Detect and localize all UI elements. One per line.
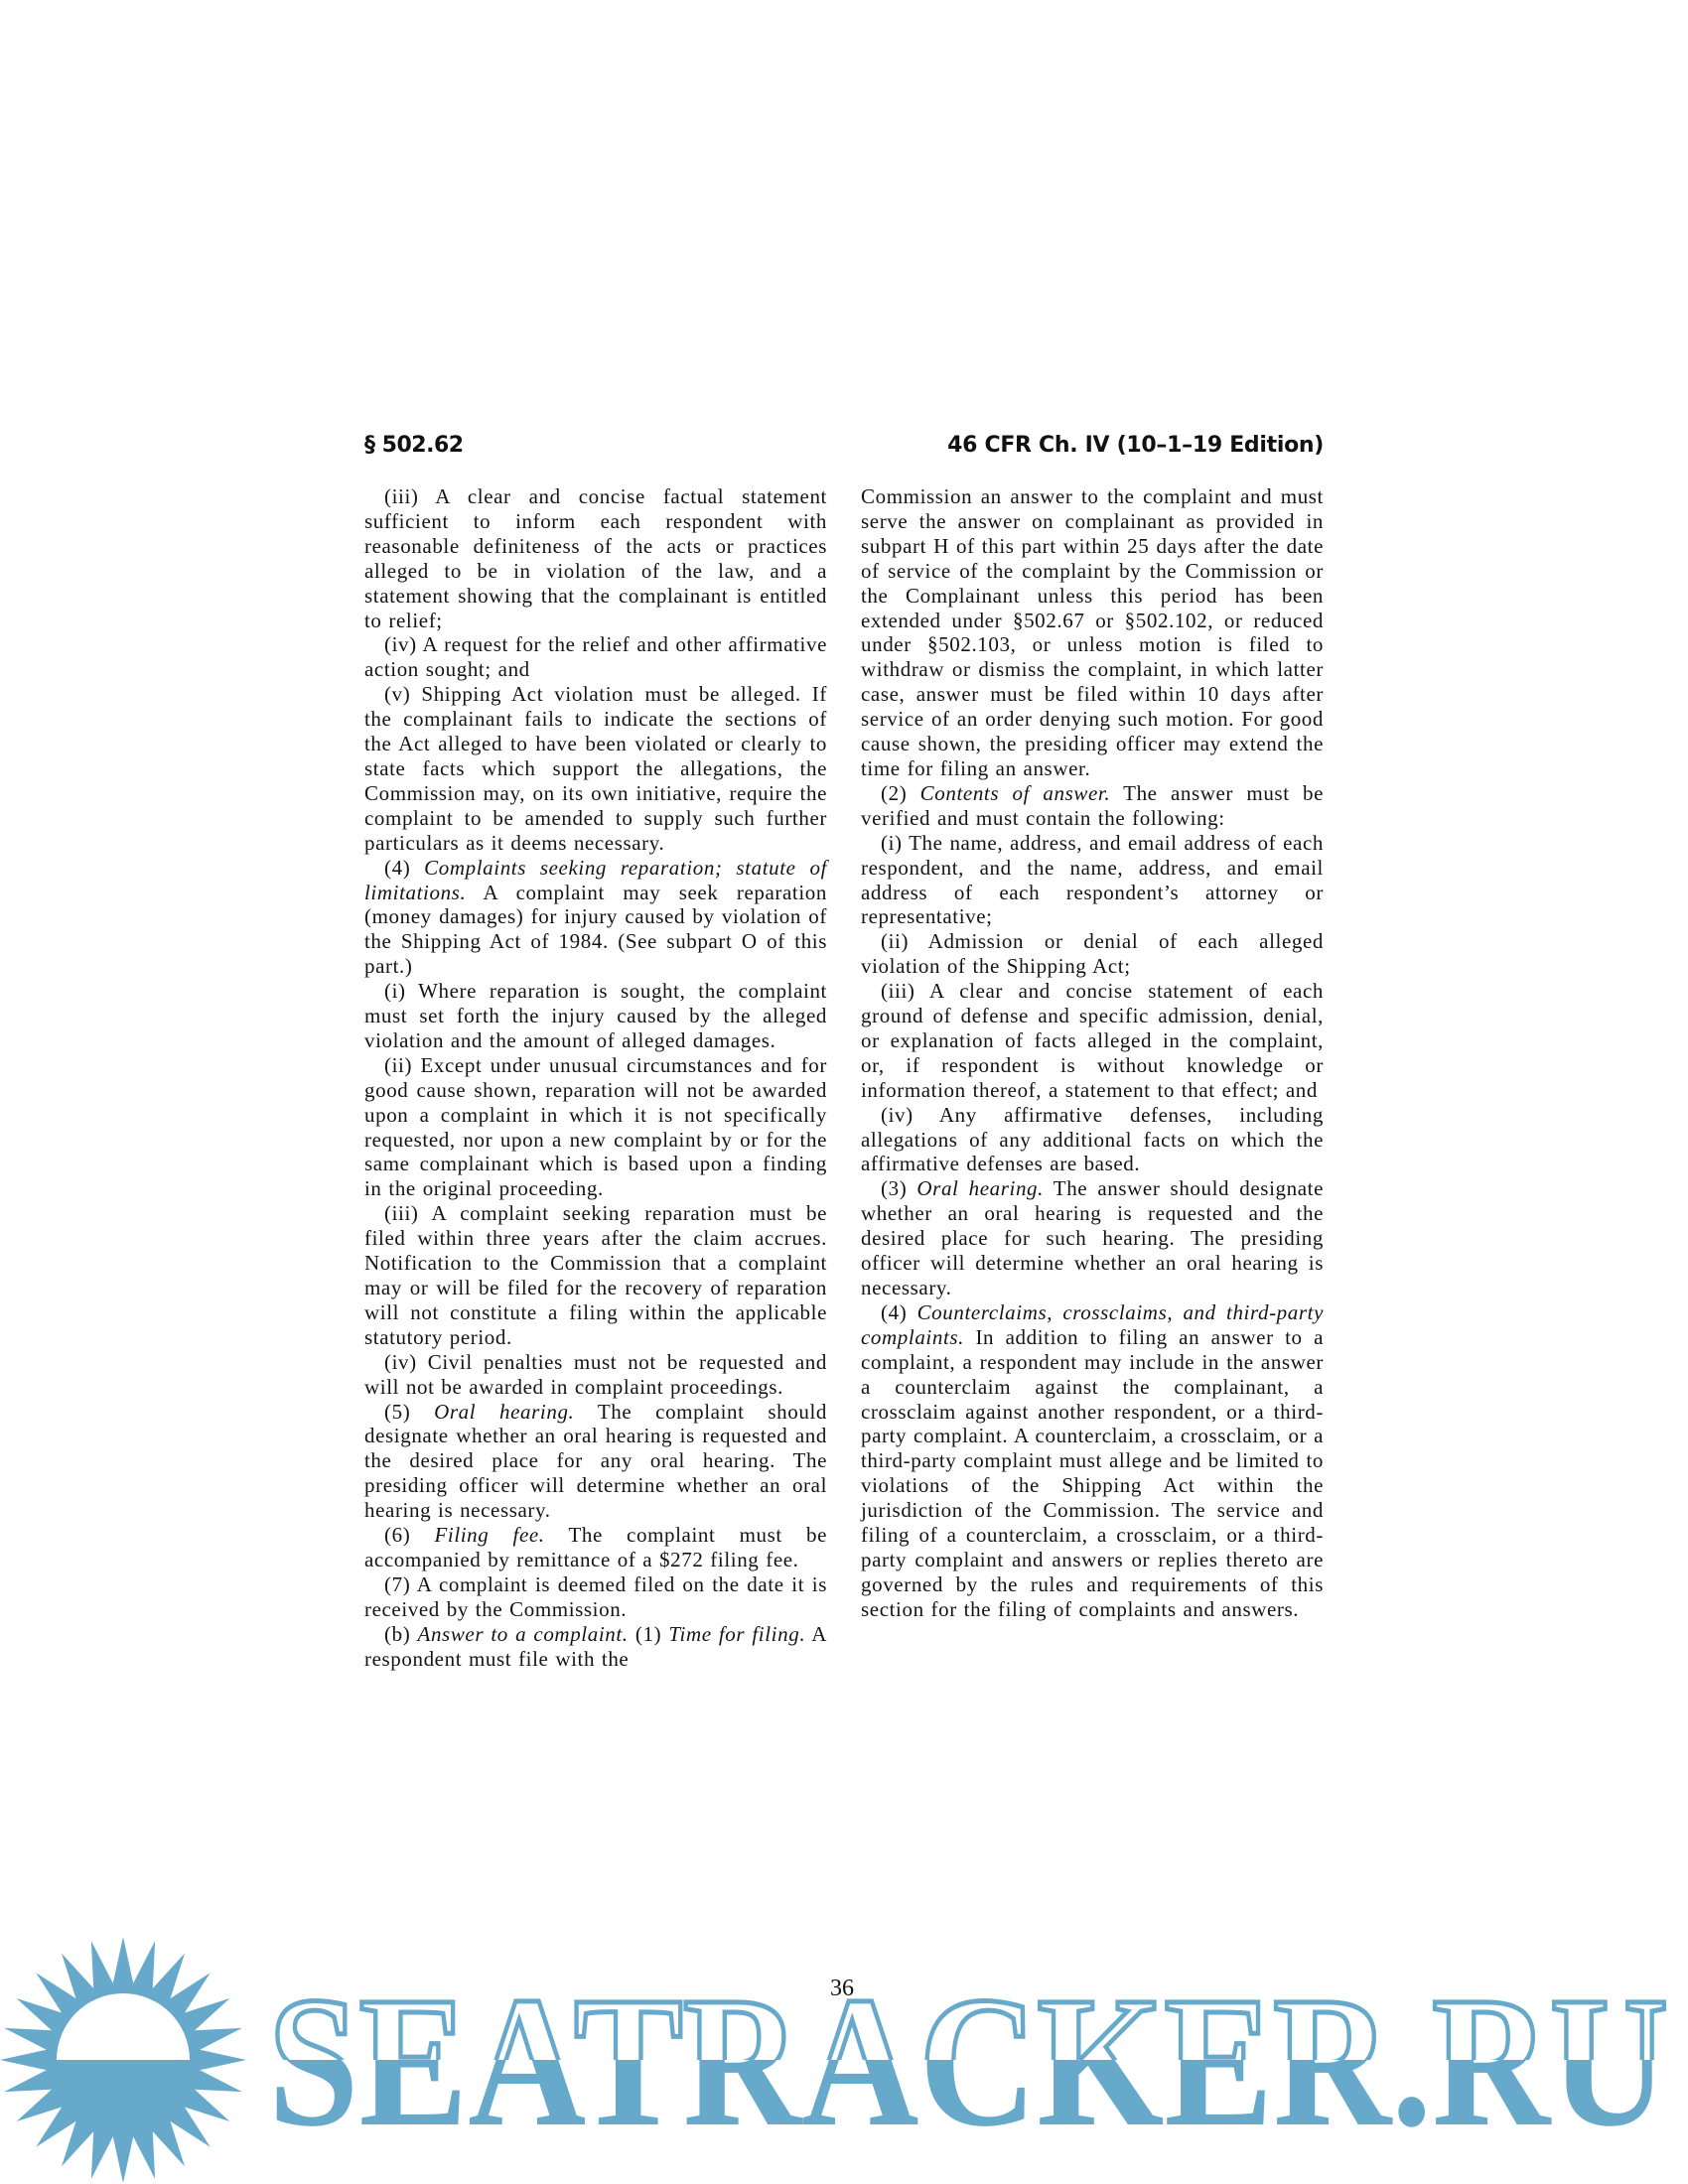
running-header: § 502.62 46 CFR Ch. IV (10–1–19 Edition): [364, 433, 1324, 461]
paragraph-a3v: (v) Shipping Act violation must be alleg…: [364, 682, 827, 855]
paragraph-a6: (6) Filing fee. The complaint must be ac…: [364, 1523, 827, 1572]
watermark-logo: SEATRACKER.RU SEATRACKER.RU: [0, 1931, 1688, 2184]
paragraph-b1: (b) Answer to a complaint. (1) Time for …: [364, 1622, 827, 1672]
paragraph-text: (ii) Admission or denial of each alleged…: [861, 929, 1324, 978]
paragraph-a5: (5) Oral hearing. The complaint should d…: [364, 1400, 827, 1524]
section-number: § 502.62: [364, 433, 464, 458]
paragraph-text: (ii) Except under unusual circumstances …: [364, 1053, 827, 1201]
paragraph-text: (7) A complaint is deemed filed on the d…: [364, 1572, 827, 1621]
paragraph-text: (iii) A clear and concise statement of e…: [861, 979, 1324, 1102]
paragraph-a4iii: (iii) A complaint seeking reparation mus…: [364, 1201, 827, 1349]
paragraph-text: (v) Shipping Act violation must be alleg…: [364, 682, 827, 854]
paragraph-text: (iv) Any affirmative defenses, including…: [861, 1103, 1324, 1176]
paragraph-a4iv: (iv) Civil penalties must not be request…: [364, 1350, 827, 1400]
page-number: 36: [830, 1976, 854, 2002]
paragraph-b2: (2) Contents of answer. The answer must …: [861, 781, 1324, 831]
paragraph-heading: Time for filing.: [668, 1622, 805, 1646]
paragraph-heading: Filing fee.: [434, 1523, 544, 1547]
sun-icon: [0, 1937, 246, 2183]
paragraph-b4: (4) Counterclaims, crossclaims, and thir…: [861, 1300, 1324, 1622]
document-page: § 502.62 46 CFR Ch. IV (10–1–19 Edition)…: [0, 0, 1688, 2184]
paragraph-text: (iii) A complaint seeking reparation mus…: [364, 1201, 827, 1349]
right-column: Commission an answer to the complaint an…: [861, 484, 1324, 1622]
paragraph-text: (iii) A clear and concise factual statem…: [364, 484, 827, 632]
paragraph-text: (b): [384, 1622, 418, 1646]
paragraph-text: (6): [384, 1523, 434, 1547]
paragraph-text: (1): [629, 1622, 669, 1646]
paragraph-text: (2): [881, 781, 920, 805]
paragraph-text: (4): [384, 856, 424, 880]
paragraph-text: (3): [881, 1176, 916, 1200]
paragraph-b2iii: (iii) A clear and concise statement of e…: [861, 979, 1324, 1103]
paragraph-b3: (3) Oral hearing. The answer should desi…: [861, 1176, 1324, 1300]
paragraph-heading: Oral hearing.: [916, 1176, 1044, 1200]
paragraph-b2i: (i) The name, address, and email address…: [861, 831, 1324, 930]
left-column: (iii) A clear and concise factual statem…: [364, 484, 827, 1672]
paragraph-a3iii: (iii) A clear and concise factual statem…: [364, 484, 827, 632]
paragraph-heading: Answer to a complaint.: [418, 1622, 629, 1646]
cfr-edition-title: 46 CFR Ch. IV (10–1–19 Edition): [947, 433, 1324, 458]
paragraph-text: (iv) Civil penalties must not be request…: [364, 1350, 827, 1399]
paragraph-heading: Oral hearing.: [434, 1400, 574, 1424]
paragraph-text: (iv) A request for the relief and other …: [364, 632, 827, 681]
paragraph-a7: (7) A complaint is deemed filed on the d…: [364, 1572, 827, 1622]
paragraph-text: In addition to filing an answer to a com…: [861, 1325, 1324, 1621]
paragraph-a4i: (i) Where reparation is sought, the comp…: [364, 979, 827, 1053]
paragraph-text: (i) The name, address, and email address…: [861, 831, 1324, 929]
paragraph-text: (i) Where reparation is sought, the comp…: [364, 979, 827, 1052]
paragraph-heading: Contents of answer.: [920, 781, 1111, 805]
paragraph-b2ii: (ii) Admission or denial of each alleged…: [861, 929, 1324, 979]
paragraph-a4: (4) Complaints seeking reparation; statu…: [364, 856, 827, 980]
paragraph-b2iv: (iv) Any affirmative defenses, including…: [861, 1103, 1324, 1177]
paragraph-b1cont: Commission an answer to the complaint an…: [861, 484, 1324, 781]
paragraph-text: (5): [384, 1400, 434, 1424]
watermark-text: SEATRACKER.RU SEATRACKER.RU: [268, 1958, 1668, 2165]
paragraph-a3iv: (iv) A request for the relief and other …: [364, 632, 827, 682]
paragraph-text: Commission an answer to the complaint an…: [861, 484, 1324, 780]
paragraph-text: (4): [881, 1300, 917, 1324]
paragraph-a4ii: (ii) Except under unusual circumstances …: [364, 1053, 827, 1201]
